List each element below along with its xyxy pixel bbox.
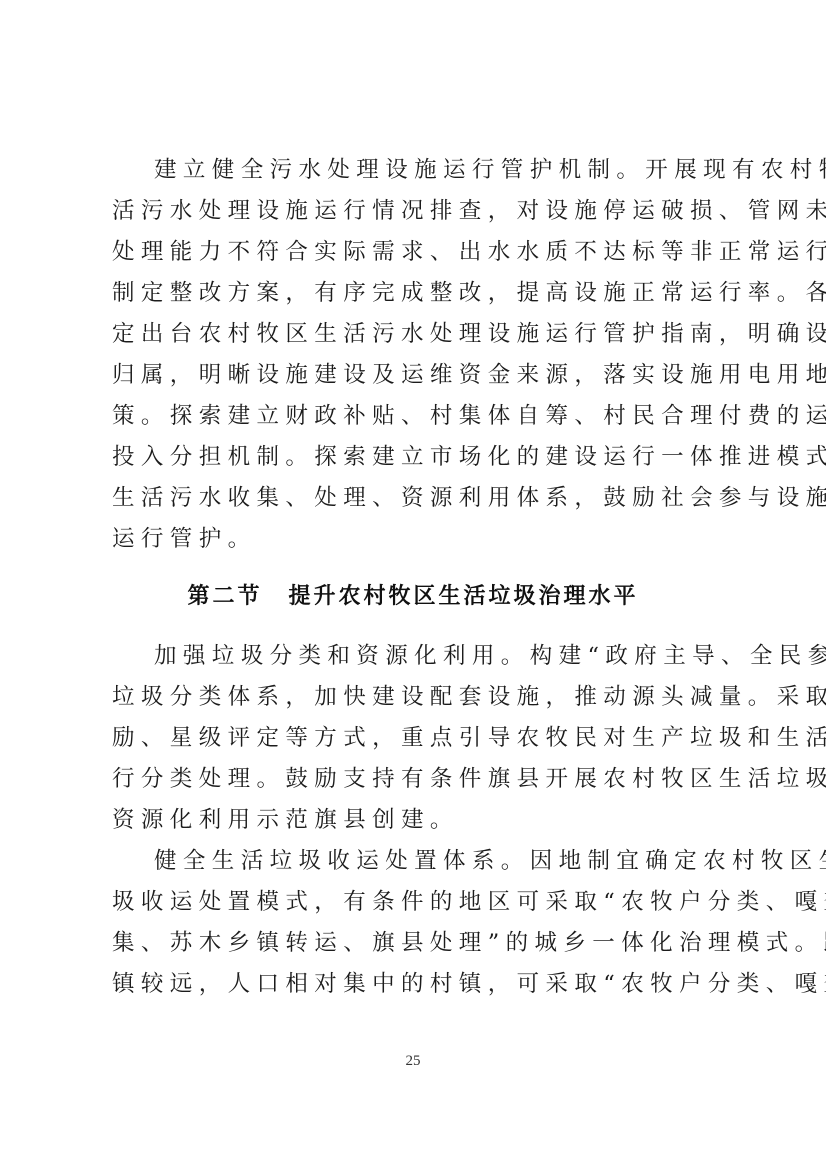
section-heading: 第二节提升农村牧区生活垃圾治理水平 [0, 578, 826, 616]
paragraph-line: 资源化利用示范旗县创建。 [112, 800, 726, 841]
paragraph-line: 生活污水收集、处理、资源利用体系，鼓励社会参与设施建设和 [112, 478, 726, 519]
paragraph-line: 建立健全污水处理设施运行管护机制。开展现有农村牧区生 [154, 150, 726, 191]
paragraph-line: 励、星级评定等方式，重点引导农牧民对生产垃圾和生活垃圾进 [112, 718, 726, 759]
paragraph-line: 投入分担机制。探索建立市场化的建设运行一体推进模式，建立 [112, 437, 726, 478]
paragraph-line: 行分类处理。鼓励支持有条件旗县开展农村牧区生活垃圾分类和 [112, 759, 726, 800]
paragraph-line: 加强垃圾分类和资源化利用。构建“政府主导、全民参与” [154, 636, 726, 677]
section-title: 提升农村牧区生活垃圾治理水平 [289, 584, 639, 609]
paragraph-line: 活污水处理设施运行情况排查，对设施停运破损、管网未配套、 [112, 191, 726, 232]
paragraph-line: 镇较远，人口相对集中的村镇，可采取“农牧户分类、嘎查村收 [112, 964, 726, 1005]
paragraph-line: 圾收运处置模式，有条件的地区可采取“农牧户分类、嘎查村收 [112, 882, 726, 923]
paragraph-line: 策。探索建立财政补贴、村集体自筹、村民合理付费的运维资金 [112, 396, 726, 437]
paragraph-line: 归属，明晰设施建设及运维资金来源，落实设施用电用地优惠政 [112, 355, 726, 396]
paragraph-line: 处理能力不符合实际需求、出水水质不达标等非正常运行的设施 [112, 232, 726, 273]
paragraph-line: 定出台农村牧区生活污水处理设施运行管护指南，明确设施产权 [112, 314, 726, 355]
paragraph-line: 垃圾分类体系，加快建设配套设施，推动源头减量。采取积分奖 [112, 677, 726, 718]
section-number: 第二节 [187, 584, 262, 609]
document-page: 建立健全污水处理设施运行管护机制。开展现有农村牧区生 活污水处理设施运行情况排查… [0, 0, 826, 1169]
paragraph-line: 制定整改方案，有序完成整改，提高设施正常运行率。各旗县制 [112, 273, 726, 314]
page-number: 25 [0, 1053, 826, 1070]
paragraph-line: 运行管护。 [112, 519, 726, 560]
paragraph-line: 健全生活垃圾收运处置体系。因地制宜确定农村牧区生活垃 [154, 841, 726, 882]
paragraph-line: 集、苏木乡镇转运、旗县处理”的城乡一体化治理模式。距离城 [112, 923, 726, 964]
